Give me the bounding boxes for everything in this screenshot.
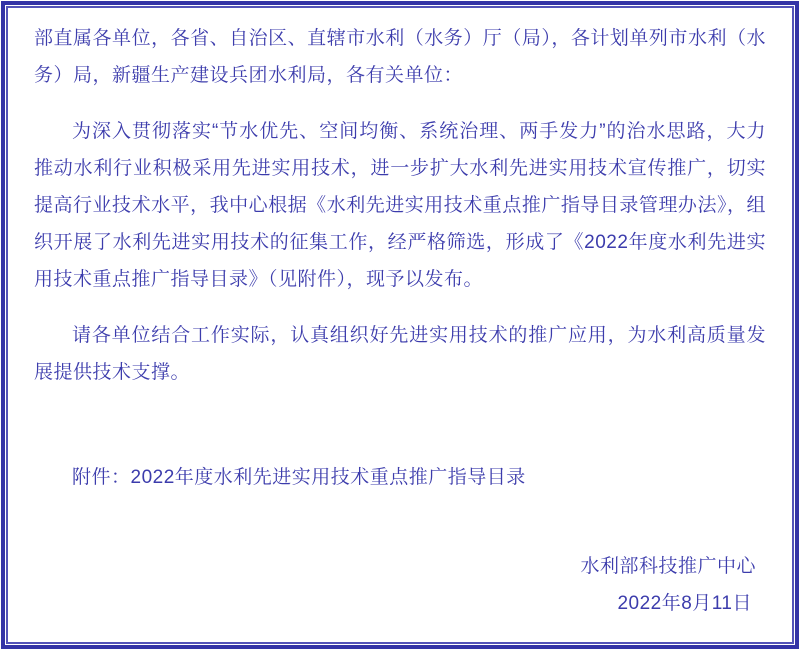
body-paragraph-1: 为深入贯彻落实“节水优先、空间均衡、系统治理、两手发力”的治水思路，大力推动水利…	[34, 113, 766, 298]
signature-date: 2022年8月11日	[34, 585, 766, 622]
signature-organization: 水利部科技推广中心	[34, 548, 766, 585]
document-page: 部直属各单位，各省、自治区、直辖市水利（水务）厅（局），各计划单列市水利（水务）…	[0, 0, 800, 650]
outer-frame-border: 部直属各单位，各省、自治区、直辖市水利（水务）厅（局），各计划单列市水利（水务）…	[1, 1, 799, 649]
document-content: 部直属各单位，各省、自治区、直辖市水利（水务）厅（局），各计划单列市水利（水务）…	[8, 8, 792, 622]
inner-frame-border: 部直属各单位，各省、自治区、直辖市水利（水务）厅（局），各计划单列市水利（水务）…	[6, 6, 794, 644]
recipients-line: 部直属各单位，各省、自治区、直辖市水利（水务）厅（局），各计划单列市水利（水务）…	[34, 20, 766, 94]
attachment-line: 附件：2022年度水利先进实用技术重点推广指导目录	[34, 459, 766, 496]
body-paragraph-2: 请各单位结合工作实际，认真组织好先进实用技术的推广应用，为水利高质量发展提供技术…	[34, 317, 766, 391]
